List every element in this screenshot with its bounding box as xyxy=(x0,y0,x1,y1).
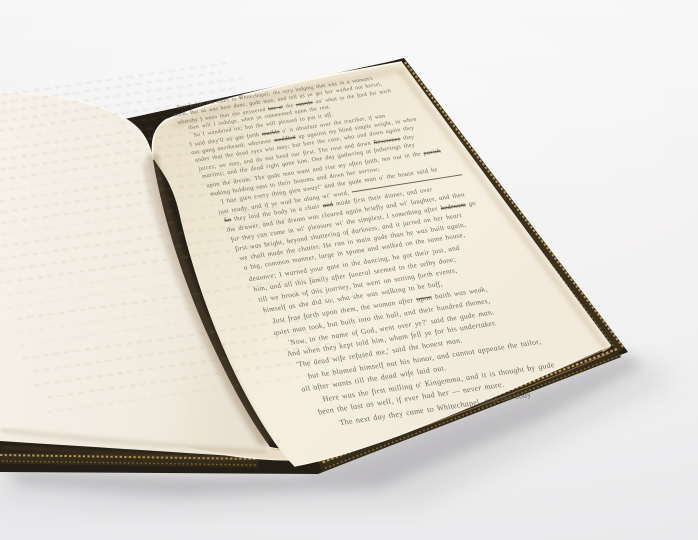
manuscript-photo: 7 first before the court to Whitechapel;… xyxy=(0,0,698,540)
bleed-through-line xyxy=(0,239,309,284)
cover-edge-bottom-left xyxy=(0,458,258,462)
bleed-through-line xyxy=(7,265,305,308)
bleed-through-line xyxy=(0,206,285,249)
bleed-through-line xyxy=(17,275,323,319)
